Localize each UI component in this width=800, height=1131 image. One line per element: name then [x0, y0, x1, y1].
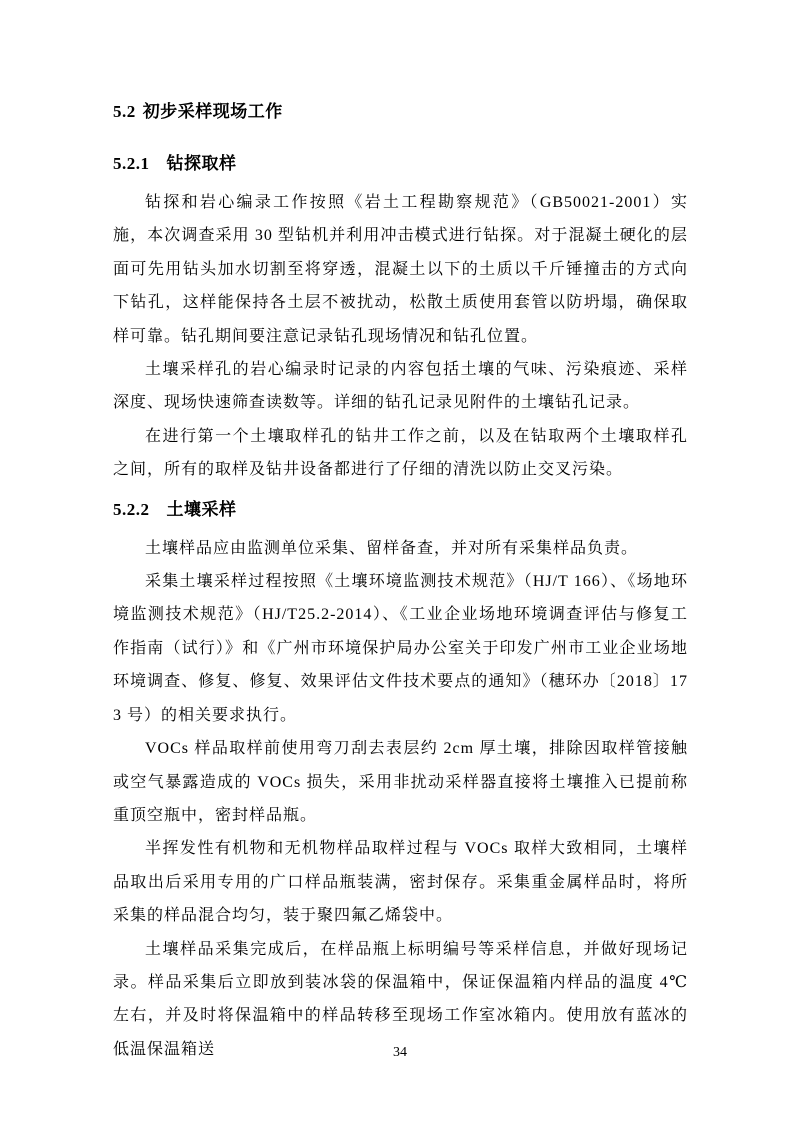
section-heading-5-2: 5.2初步采样现场工作 [113, 95, 688, 128]
section-title: 初步采样现场工作 [143, 102, 283, 121]
paragraph-soil-sampling-3: VOCs 样品取样前使用弯刀刮去表层约 2cm 厚土壤，排除因取样管接触或空气暴… [113, 732, 688, 832]
page-number: 34 [0, 1044, 800, 1062]
section-title: 钻探取样 [167, 154, 237, 173]
section-number: 5.2.1 [113, 154, 150, 173]
document-page: 5.2初步采样现场工作 5.2.1钻探取样 钻探和岩心编录工作按照《岩土工程勘察… [0, 0, 800, 1131]
section-heading-5-2-2: 5.2.2土壤采样 [113, 493, 688, 526]
paragraph-drilling-1: 钻探和岩心编录工作按照《岩土工程勘察规范》（GB50021-2001）实施，本次… [113, 186, 688, 353]
document-body: 5.2初步采样现场工作 5.2.1钻探取样 钻探和岩心编录工作按照《岩土工程勘察… [113, 95, 688, 1066]
paragraph-soil-sampling-2: 采集土壤采样过程按照《土壤环境监测技术规范》（HJ/T 166）、《场地环境监测… [113, 565, 688, 732]
paragraph-drilling-3: 在进行第一个土壤取样孔的钻井工作之前，以及在钻取两个土壤取样孔之间，所有的取样及… [113, 420, 688, 487]
section-title: 土壤采样 [167, 500, 237, 519]
paragraph-soil-sampling-1: 土壤样品应由监测单位采集、留样备查，并对所有采集样品负责。 [113, 532, 688, 565]
section-heading-5-2-1: 5.2.1钻探取样 [113, 147, 688, 180]
paragraph-soil-sampling-4: 半挥发性有机物和无机物样品取样过程与 VOCs 取样大致相同，土壤样品取出后采用… [113, 832, 688, 932]
section-number: 5.2 [113, 102, 136, 121]
section-number: 5.2.2 [113, 500, 150, 519]
paragraph-drilling-2: 土壤采样孔的岩心编录时记录的内容包括土壤的气味、污染痕迹、采样深度、现场快速筛查… [113, 353, 688, 420]
